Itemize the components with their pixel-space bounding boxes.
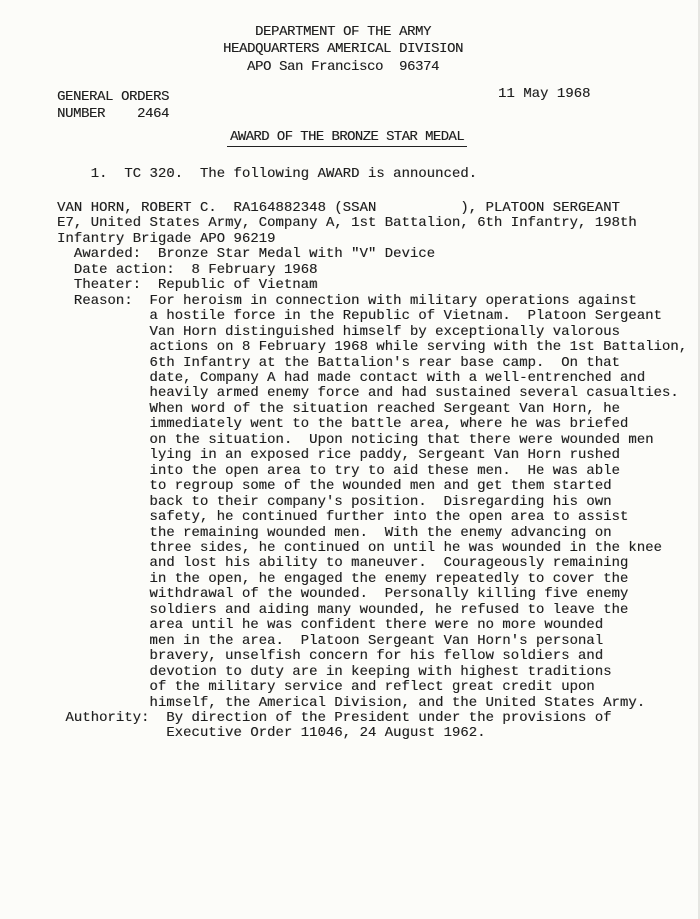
citation-line: the remaining wounded men. With the enem…: [57, 526, 687, 541]
citation-line: safety, he continued further into the op…: [57, 510, 687, 525]
citation-line: withdrawal of the wounded. Personally ki…: [57, 587, 687, 602]
citation-line: E7, United States Army, Company A, 1st B…: [57, 216, 687, 231]
citation-line: Authority: By direction of the President…: [57, 711, 687, 726]
title-row: AWARD OF THE BRONZE STAR MEDAL: [0, 129, 694, 147]
citation-line: devotion to duty are in keeping with hig…: [57, 665, 687, 680]
document-date: 11 May 1968: [498, 86, 590, 102]
letterhead-line: APO San Francisco 96374: [0, 59, 686, 76]
citation-line: Date action: 8 February 1968: [57, 263, 687, 278]
citation-line: men in the area. Platoon Sergeant Van Ho…: [57, 634, 687, 649]
letterhead-line: HEADQUARTERS AMERICAL DIVISION: [0, 41, 686, 58]
letterhead: DEPARTMENT OF THE ARMYHEADQUARTERS AMERI…: [0, 24, 686, 76]
citation-line: soldiers and aiding many wounded, he ref…: [57, 603, 687, 618]
citation-line: lying in an exposed rice paddy, Sergeant…: [57, 448, 687, 463]
citation-line: in the open, he engaged the enemy repeat…: [57, 572, 687, 587]
order-number-line: GENERAL ORDERS: [57, 89, 169, 106]
citation-line: Executive Order 11046, 24 August 1962.: [57, 726, 687, 741]
citation-line: back to their company's position. Disreg…: [57, 495, 687, 510]
general-orders-number-block: GENERAL ORDERSNUMBER 2464: [57, 89, 169, 122]
order-number-line: NUMBER 2464: [57, 106, 169, 123]
citation-line: a hostile force in the Republic of Vietn…: [57, 309, 687, 324]
citation-line: and lost his ability to maneuver. Courag…: [57, 556, 687, 571]
citation-line: When word of the situation reached Serge…: [57, 402, 687, 417]
citation-line: himself, the Americal Division, and the …: [57, 696, 687, 711]
citation-line: 6th Infantry at the Battalion's rear bas…: [57, 356, 687, 371]
opening-paragraph: 1. TC 320. The following AWARD is announ…: [57, 166, 477, 182]
citation-line: Awarded: Bronze Star Medal with "V" Devi…: [57, 247, 687, 262]
citation-line: Theater: Republic of Vietnam: [57, 278, 687, 293]
citation-line: area until he was confident there were n…: [57, 618, 687, 633]
citation-line: of the military service and reflect grea…: [57, 680, 687, 695]
scanned-document-page: DEPARTMENT OF THE ARMYHEADQUARTERS AMERI…: [0, 0, 700, 919]
citation-line: VAN HORN, ROBERT C. RA164882348 (SSAN ),…: [57, 201, 687, 216]
citation-line: date, Company A had made contact with a …: [57, 371, 687, 386]
citation-line: to regroup some of the wounded men and g…: [57, 479, 687, 494]
citation-line: on the situation. Upon noticing that the…: [57, 433, 687, 448]
citation-line: Van Horn distinguished himself by except…: [57, 325, 687, 340]
scan-speck-artifacts: [0, 0, 1, 1]
citation-line: bravery, unselfish concern for his fello…: [57, 649, 687, 664]
document-title: AWARD OF THE BRONZE STAR MEDAL: [227, 129, 467, 147]
letterhead-line: DEPARTMENT OF THE ARMY: [0, 24, 686, 41]
citation-line: Reason: For heroism in connection with m…: [57, 294, 687, 309]
citation-line: heavily armed enemy force and had sustai…: [57, 386, 687, 401]
citation-line: Infantry Brigade APO 96219: [57, 232, 687, 247]
citation-line: immediately went to the battle area, whe…: [57, 417, 687, 432]
citation-line: actions on 8 February 1968 while serving…: [57, 340, 687, 355]
award-citation-body: VAN HORN, ROBERT C. RA164882348 (SSAN ),…: [57, 201, 687, 742]
citation-line: into the open area to try to aid these m…: [57, 464, 687, 479]
citation-line: three sides, he continued on until he wa…: [57, 541, 687, 556]
